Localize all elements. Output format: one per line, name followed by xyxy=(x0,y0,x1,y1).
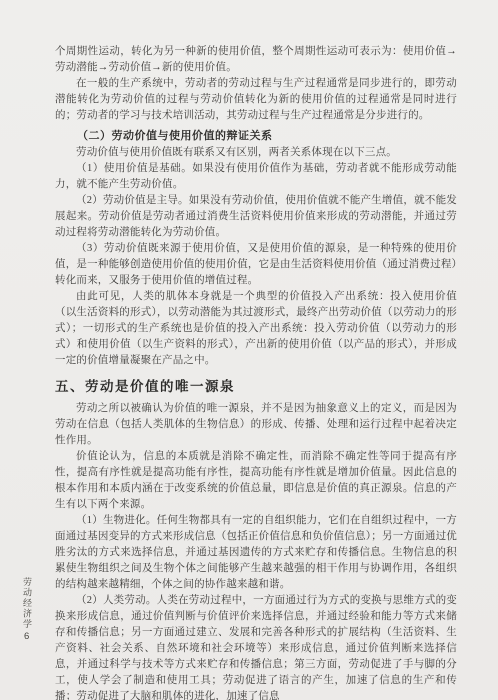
scanned-book-page: { "page": { "spine_label": "劳动经济学", "pag… xyxy=(0,0,498,700)
paragraph: （1）使用价值是基础。如果没有使用价值作为基础，劳动者就不能形成劳动能力，就不能… xyxy=(55,161,457,193)
book-page: 个周期性运动，转化为另一种新的使用价值，整个周期性运动可表示为：使用价值→劳动潜… xyxy=(0,0,498,700)
subsection-heading: （二）劳动价值与使用价值的辩证关系 xyxy=(55,128,457,144)
page-body-text: 个周期性运动，转化为另一种新的使用价值，整个周期性运动可表示为：使用价值→劳动潜… xyxy=(55,44,457,700)
section-heading: 五、劳动是价值的唯一源泉 xyxy=(55,378,457,396)
paragraph: 由此可见，人类的肌体本身就是一个典型的价值投入产出系统：投入使用价值（以生活资料… xyxy=(55,289,457,369)
page-number: 6 xyxy=(24,631,29,642)
paragraph: 在一般的生产系统中，劳动者的劳动过程与生产过程通常是同步进行的，即劳动潜能转化为… xyxy=(55,76,457,124)
paragraph-continued: 个周期性运动，转化为另一种新的使用价值，整个周期性运动可表示为：使用价值→劳动潜… xyxy=(55,44,457,76)
paragraph: （2）人类劳动。人类在劳动过程中，一方面通过行为方式的变换与思维方式的变换来形成… xyxy=(55,593,457,700)
paragraph: 劳动之所以被确认为价值的唯一源泉，并不是因为抽象意义上的定义，而是因为劳动在信息… xyxy=(55,401,457,449)
paragraph: （2）劳动价值是主导。如果没有劳动价值，使用价值就不能产生增值，就不能发展起来。… xyxy=(55,193,457,241)
paragraph: 劳动价值与使用价值既有联系又有区别，两者关系体现在以下三点。 xyxy=(55,145,457,161)
spine-book-title: 劳动经济学 xyxy=(21,577,33,630)
paragraph: （3）劳动价值既来源于使用价值，又是使用价值的源泉，是一种特殊的使用价值，是一种… xyxy=(55,241,457,289)
paragraph: 价值论认为，信息的本质就是消除不确定性，而消除不确定性等同于提高有序性，提高有序… xyxy=(55,449,457,513)
paragraph: （1）生物进化。任何生物都具有一定的自组织能力，它们在自组织过程中，一方面通过基… xyxy=(55,513,457,593)
